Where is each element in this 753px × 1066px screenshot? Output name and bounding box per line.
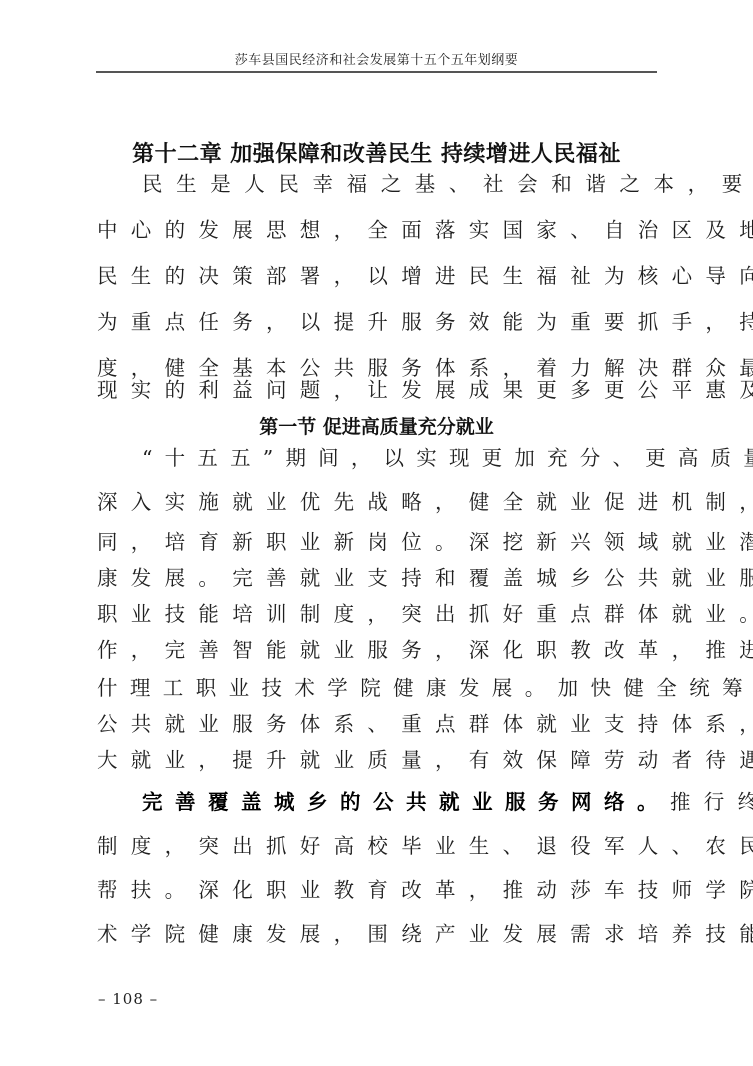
paragraph-line: 为重点任务，以提升服务效能为重要抓手，持续加大民生投入力 <box>97 310 677 334</box>
paragraph-line: 帮扶。深化职业教育改革，推动莎车技师学院、喀什理工职业技 <box>97 878 677 902</box>
paragraph-line: 术学院健康发展，围绕产业发展需求培养技能人才。实施乡村技 <box>97 922 677 946</box>
paragraph-line: 职业技能培训制度，突出抓好重点群体就业。深化跨区域劳务协 <box>97 602 677 626</box>
paragraph-line: 康发展。完善就业支持和覆盖城乡公共就业服务体系，推行终身 <box>97 566 677 590</box>
paragraph-line: 制度，突出抓好高校毕业生、退役军人、农民工等重点群体就业 <box>97 834 677 858</box>
section-title: 第一节 促进高质量充分就业 <box>96 412 657 439</box>
paragraph-line: 民生的决策部署，以增进民生福祉为核心导向，以补齐民生短板 <box>97 264 677 288</box>
paragraph-line: 现实的利益问题，让发展成果更多更公平惠及全县各族群众。 <box>97 378 677 402</box>
subsection-bold-lead: 完善覆盖城乡的公共就业服务网络。 <box>142 790 670 814</box>
header-rule-divider <box>96 71 657 73</box>
subsection-first-line-rest: 推行终身职业技能培训 <box>670 790 753 814</box>
page-number: – 108 – <box>98 990 158 1008</box>
paragraph-line: 作，完善智能就业服务，深化职教改革，推进莎车技师学院、喀 <box>97 638 677 662</box>
paragraph-line: 深入实施就业优先战略，健全就业促进机制，强化产业和就业协 <box>97 490 677 514</box>
paragraph-line: 度，健全基本公共服务体系，着力解决群众最关心、最直接、最 <box>97 356 677 380</box>
chapter-title: 第十二章 加强保障和改善民生 持续增进人民福祉 <box>96 137 657 168</box>
paragraph-line: 中心的发展思想，全面落实国家、自治区及地区关于保障和改善 <box>97 218 677 242</box>
paragraph-line: 大就业，提升就业质量，有效保障劳动者待遇和权益。 <box>97 748 677 772</box>
subsection-first-line: 完善覆盖城乡的公共就业服务网络。推行终身职业技能培训 <box>142 790 722 814</box>
paragraph-line: 公共就业服务体系、重点群体就业支持体系，千方百计稳定和扩 <box>97 712 677 736</box>
paragraph-line: 什理工职业技术学院健康发展。加快健全统筹城乡就业政策体系、 <box>97 676 677 700</box>
paragraph-line: 同，培育新职业新岗位。深挖新兴领域就业潜能，促进新业态健 <box>97 530 677 554</box>
document-page: 莎车县国民经济和社会发展第十五个五年划纲要 第十二章 加强保障和改善民生 持续增… <box>0 0 753 1066</box>
paragraph-line: 民生是人民幸福之基、社会和谐之本，要深入贯彻以人民为 <box>142 172 722 196</box>
running-header: 莎车县国民经济和社会发展第十五个五年划纲要 <box>96 49 657 68</box>
paragraph-line: “十五五”期间，以实现更加充分、更高质量就业为目标， <box>142 446 722 470</box>
